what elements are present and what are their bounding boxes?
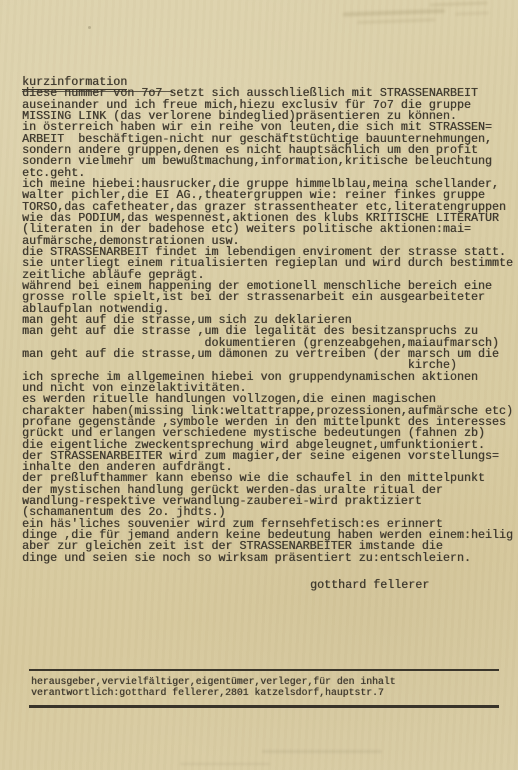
text-line: sondern vielmehr um bewußtmachung,inform… xyxy=(22,156,518,167)
ink-bleedthrough-smudge xyxy=(335,0,496,35)
paper-page: kurzinformation diese nummer von 7o7 set… xyxy=(0,0,518,770)
imprint-line-2: verantwortlich:gotthard fellerer,2801 ka… xyxy=(31,687,499,698)
body-text: diese nummer von 7o7 setzt sich ausschli… xyxy=(22,88,518,564)
typed-underline-artifact xyxy=(22,91,173,92)
imprint-line-1: herausgeber,vervielfältiger,eigentümer,v… xyxy=(31,676,499,687)
paper-smudge xyxy=(180,763,270,765)
paper-smudge xyxy=(262,750,382,753)
signature: gotthard fellerer xyxy=(310,580,429,591)
typewritten-text-block: kurzinformation diese nummer von 7o7 set… xyxy=(22,77,518,564)
paper-speck xyxy=(88,26,91,29)
imprint-block: herausgeber,vervielfältiger,eigentümer,v… xyxy=(29,669,499,708)
text-line: dinge und seien sie noch so wirksam präs… xyxy=(22,553,518,564)
